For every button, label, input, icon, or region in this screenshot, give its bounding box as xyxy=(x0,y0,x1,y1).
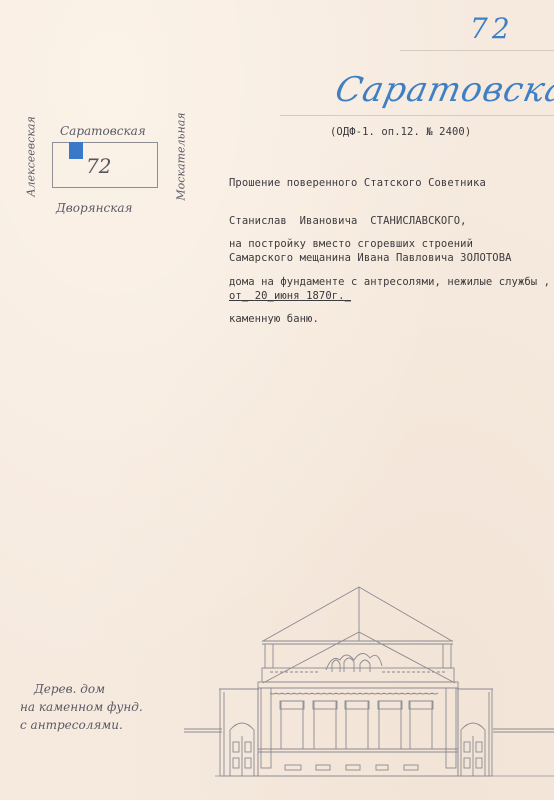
facade-drawing xyxy=(0,0,554,800)
